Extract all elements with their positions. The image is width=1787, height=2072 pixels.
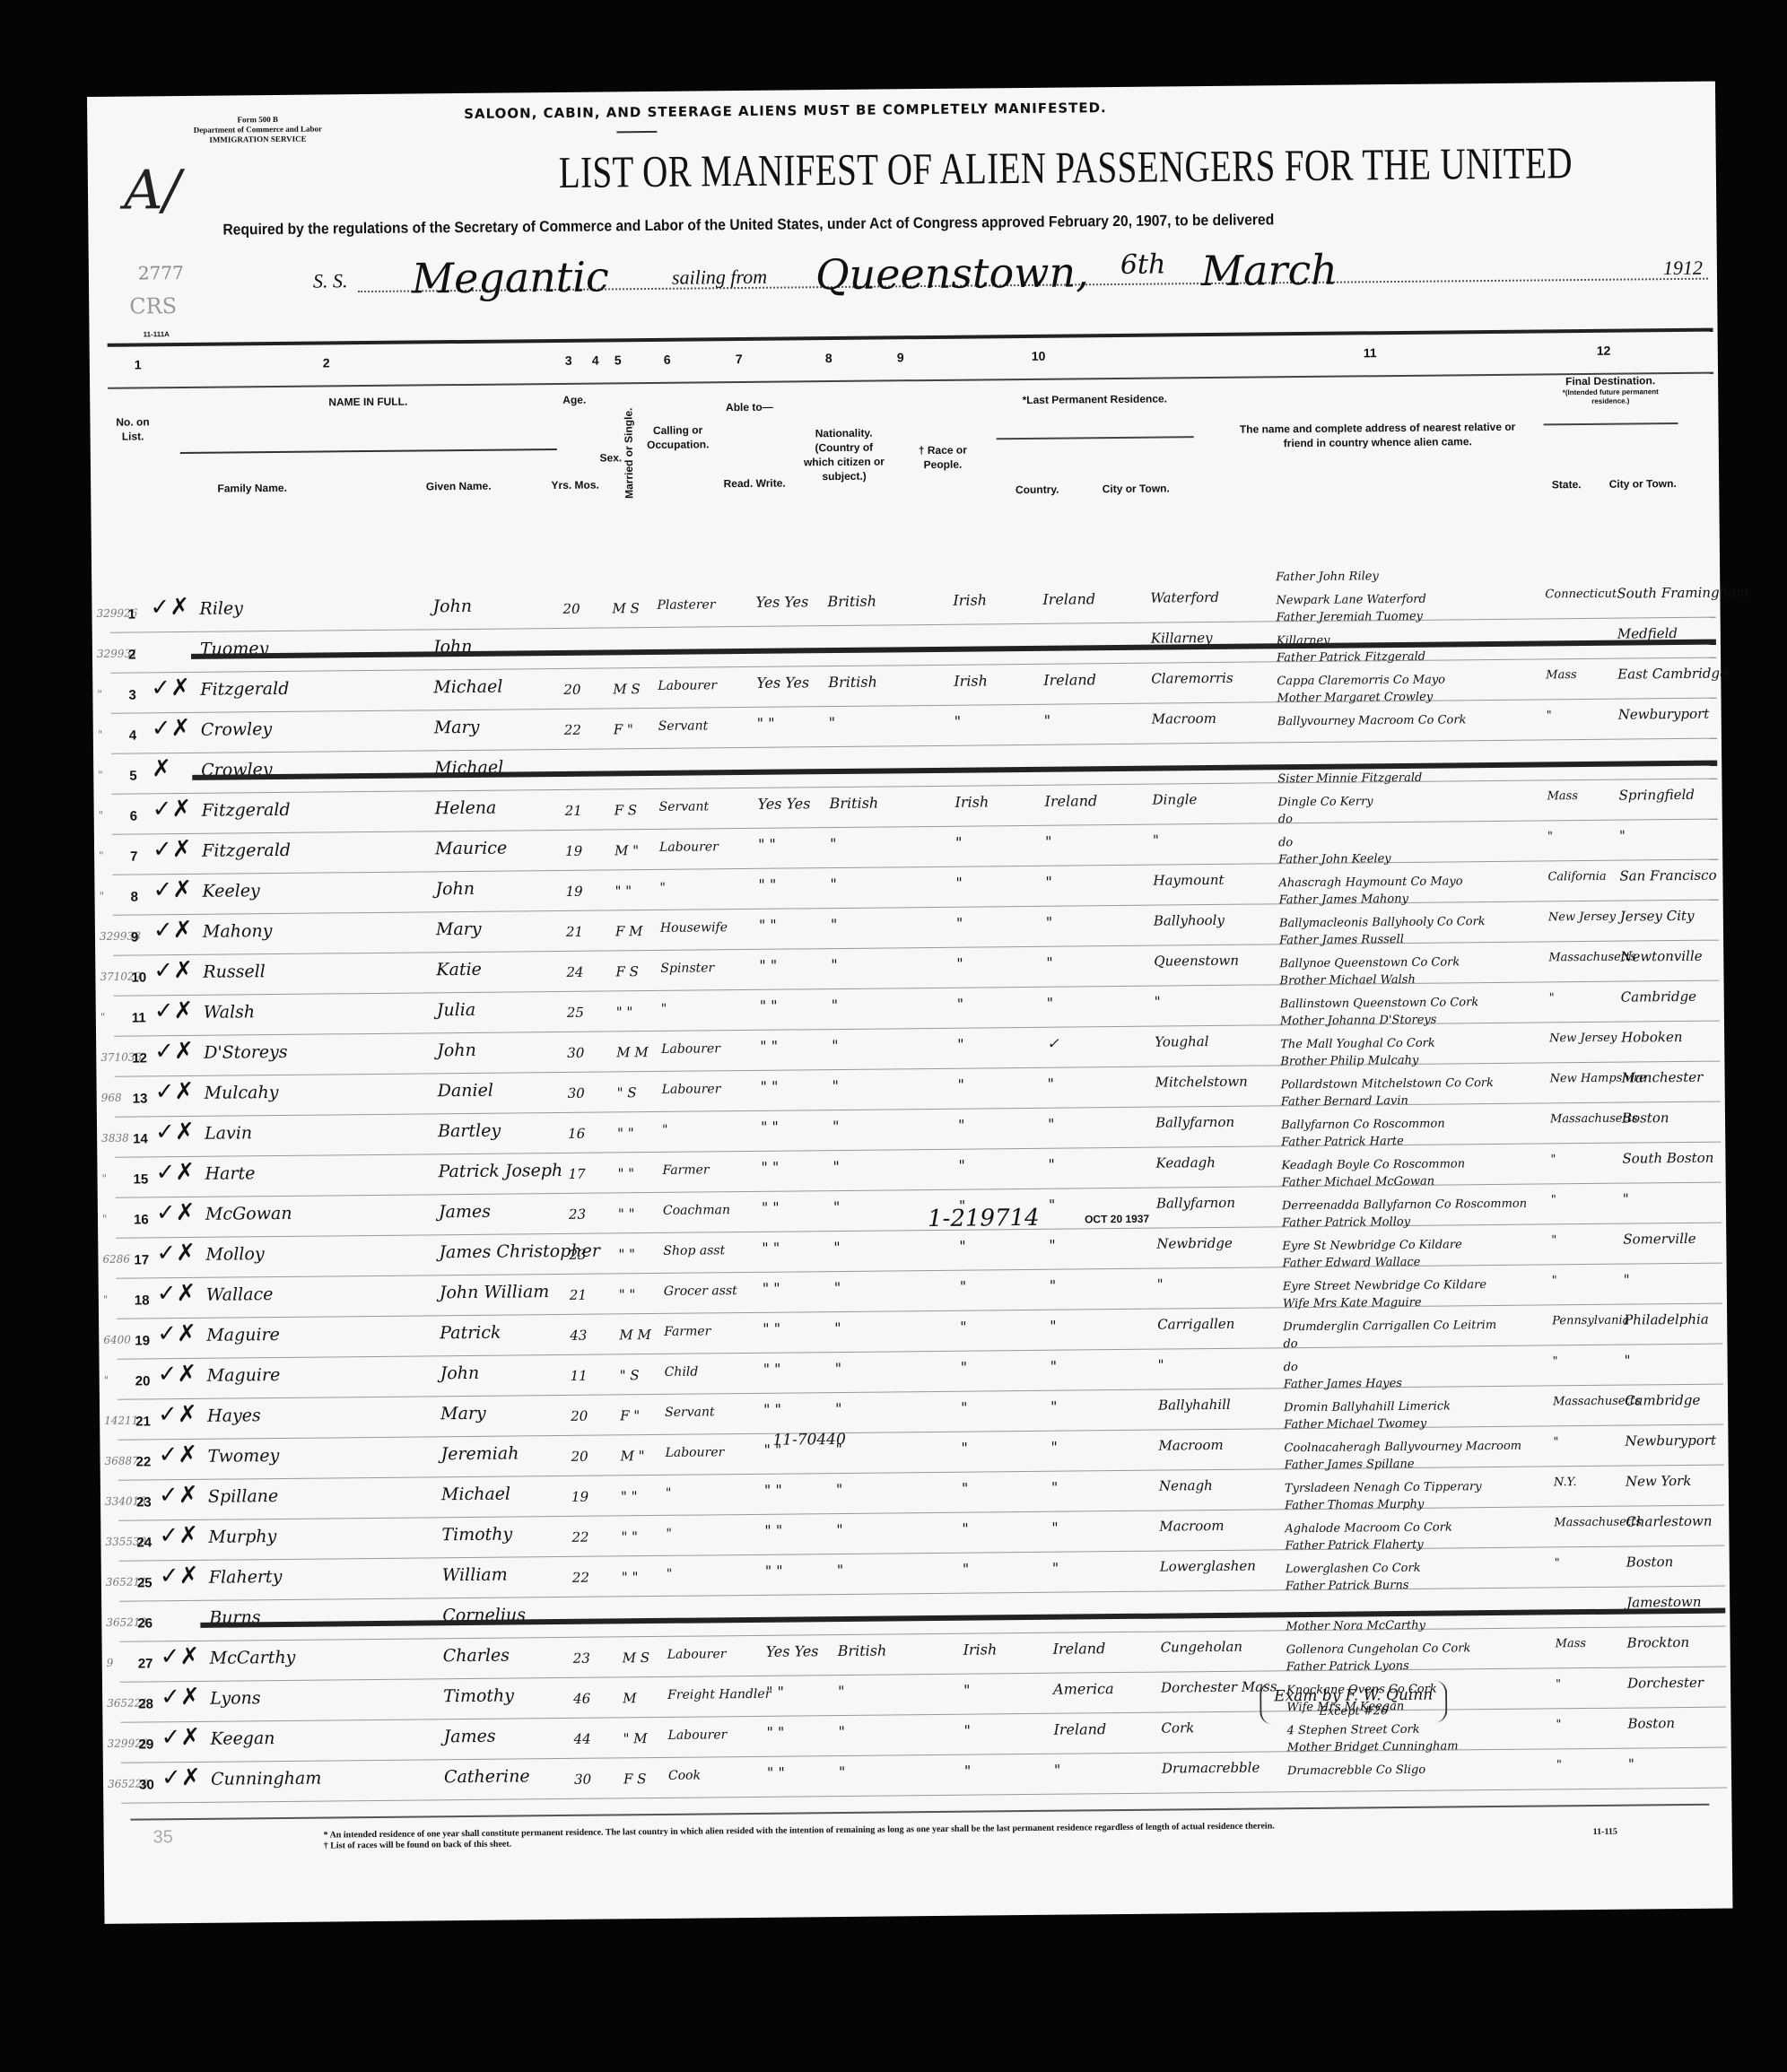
occupation: Labourer <box>662 1082 721 1097</box>
residence-city: " <box>1155 994 1161 1010</box>
destination-state: " <box>1555 1556 1560 1570</box>
regulation-text: Required by the regulations of the Secre… <box>222 211 1274 239</box>
nationality: British <box>830 795 879 813</box>
destination-state: " <box>1556 1758 1562 1772</box>
col-num-1: 1 <box>135 357 142 371</box>
destination-city: Medfield <box>1617 625 1678 642</box>
read-write: " " <box>766 1724 784 1741</box>
residence-city: " <box>1153 832 1159 849</box>
destination-city: " <box>1624 1272 1630 1288</box>
sex-marital: M " <box>620 1448 644 1464</box>
family-name: Keegan <box>210 1728 275 1749</box>
footer-rule <box>130 1804 1709 1821</box>
read-write: " " <box>758 876 776 893</box>
check-mark-icon: ✓✗ <box>154 997 194 1024</box>
residence-country: " <box>1046 954 1053 971</box>
list-number: 18 <box>135 1293 150 1308</box>
age: 22 <box>572 1570 589 1586</box>
sex-marital: F " <box>614 721 633 737</box>
ss-label: S. S. <box>313 269 348 292</box>
sex-marital: " " <box>621 1488 638 1504</box>
residence-city: " <box>1158 1357 1164 1373</box>
relative-name: Wife Mrs Kate Maguire <box>1283 1296 1422 1310</box>
margin-initials: CRS <box>129 293 177 319</box>
family-name: Hayes <box>207 1406 261 1426</box>
age: 21 <box>565 803 582 819</box>
nationality: " <box>831 916 838 933</box>
race: " <box>955 834 963 851</box>
residence-country: America <box>1053 1680 1114 1698</box>
relative-address: Ahascragh Haymount Co Mayo <box>1278 875 1462 890</box>
check-mark-icon: ✓✗ <box>152 796 191 823</box>
nationality: " <box>831 956 838 973</box>
residence-city: Newbridge <box>1156 1235 1233 1252</box>
certificate-number: 1-219714 <box>928 1205 1040 1232</box>
department-name: Department of Commerce and Labor <box>186 124 329 135</box>
relative-name: Father Patrick Burns <box>1286 1579 1409 1593</box>
residence-country: " <box>1048 1116 1055 1133</box>
check-mark-icon: ✓✗ <box>156 1240 196 1267</box>
residence-country: " <box>1051 1519 1059 1537</box>
read-write: " " <box>762 1199 780 1216</box>
destination-city: " <box>1628 1756 1634 1772</box>
family-name: Burns <box>209 1607 260 1628</box>
reference-number: 6286 <box>102 1253 130 1266</box>
family-name: Spillane <box>208 1486 278 1507</box>
sex-marital: F M <box>615 923 643 939</box>
check-mark-icon: ✓✗ <box>156 1199 196 1226</box>
relative-name: Mother Nora McCarthy <box>1286 1619 1425 1633</box>
race: " <box>955 713 962 730</box>
occupation: Child <box>665 1365 699 1380</box>
sex-marital: M S <box>623 1650 650 1666</box>
residence-country: " <box>1054 1762 1061 1779</box>
manifest-page: Form 500 B Department of Commerce and La… <box>87 82 1732 1924</box>
relative-address: Ballyvourney Macroom Co Cork <box>1277 713 1467 728</box>
destination-city: Boston <box>1622 1110 1669 1127</box>
nationality: " <box>832 997 839 1014</box>
sex-marital: " " <box>616 1004 633 1020</box>
residence-city: Killarney <box>1151 630 1213 647</box>
relative-name: Father Patrick Lyons <box>1286 1659 1409 1674</box>
family-name: Murphy <box>208 1527 276 1547</box>
sex-marital: M S <box>613 681 641 697</box>
destination-city: Newburyport <box>1625 1432 1716 1450</box>
destination-city: Boston <box>1627 1715 1675 1732</box>
list-number: 5 <box>129 769 137 784</box>
occupation: Labourer <box>667 1728 727 1743</box>
reference-number: 6400 <box>103 1334 131 1346</box>
age: 19 <box>565 884 582 900</box>
age: 23 <box>569 1206 586 1223</box>
residence-country: " <box>1048 1156 1055 1173</box>
given-name: Timothy <box>443 1686 514 1707</box>
relative-name: Father Edward Wallace <box>1282 1256 1420 1270</box>
family-name: Maguire <box>207 1365 281 1386</box>
sex-marital: M <box>623 1690 637 1706</box>
list-number: 23 <box>136 1494 152 1510</box>
destination-city: Somerville <box>1623 1231 1695 1248</box>
given-name: Catherine <box>444 1766 530 1787</box>
residence-country: " <box>1046 914 1053 931</box>
occupation: Labourer <box>659 840 719 855</box>
read-write: " " <box>766 1684 784 1701</box>
residence-city: Lowerglashen <box>1160 1558 1256 1575</box>
header-yrs-mos: Yrs. Mos. <box>548 478 602 493</box>
reference-number: 968 <box>101 1092 122 1104</box>
read-write: " " <box>767 1764 785 1781</box>
destination-city: Jamestown <box>1626 1594 1701 1611</box>
list-number: 8 <box>130 889 138 904</box>
destination-city: " <box>1625 1353 1631 1369</box>
reference-number: " <box>99 890 104 902</box>
list-number: 28 <box>138 1696 153 1711</box>
given-name: John <box>433 637 473 657</box>
occupation: Housewife <box>660 920 728 936</box>
list-number: 12 <box>132 1050 147 1066</box>
family-name: Flaherty <box>209 1567 283 1588</box>
family-name: Mahony <box>203 921 273 942</box>
header-city-town: City or Town. <box>1086 481 1185 496</box>
race: Irish <box>954 672 988 689</box>
relative-address: Lowerglashen Co Cork <box>1286 1562 1421 1576</box>
given-name: James <box>439 1202 491 1223</box>
relative-address: Eyre Street Newbridge Co Kildare <box>1283 1278 1486 1293</box>
column-number-row: 1 2 3 4 5 6 7 8 9 10 11 12 11-111A <box>108 328 1713 389</box>
check-mark-icon: ✓✗ <box>161 1643 200 1670</box>
occupation: " <box>667 1567 673 1581</box>
header-dest-city: City or Town. <box>1598 476 1687 492</box>
relative-address: Drumacrebble Co Sligo <box>1287 1763 1425 1778</box>
relative-name: Father James Spillane <box>1285 1458 1415 1472</box>
given-name: Jeremiah <box>440 1443 519 1464</box>
page-title: LIST OR MANIFEST OF ALIEN PASSENGERS FOR… <box>559 136 1573 198</box>
relative-address: Newpark Lane Waterford <box>1276 593 1426 608</box>
residence-country: ✓ <box>1047 1035 1059 1052</box>
residence-country: Ireland <box>1043 671 1096 689</box>
residence-country: " <box>1050 1318 1057 1335</box>
read-write: Yes Yes <box>755 593 808 611</box>
age: 16 <box>568 1126 585 1142</box>
name-divider <box>180 448 557 454</box>
page-number: 35 <box>153 1827 173 1848</box>
relative-name: Father John Keeley <box>1278 852 1391 866</box>
check-mark-icon: ✓✗ <box>154 1038 194 1065</box>
destination-state: " <box>1552 1274 1557 1287</box>
header-final-destination: Final Destination. <box>1543 373 1678 388</box>
occupation: Cook <box>668 1769 701 1783</box>
check-mark-icon: ✓✗ <box>158 1361 197 1388</box>
col-num-3: 3 <box>565 353 572 368</box>
list-number: 20 <box>135 1373 151 1389</box>
given-name: Michael <box>434 758 503 779</box>
residence-country: " <box>1049 1197 1056 1214</box>
sex-marital: " S <box>617 1084 637 1101</box>
list-number: 9 <box>131 929 139 945</box>
given-name: Charles <box>443 1646 510 1667</box>
destination-city: San Francisco <box>1619 867 1716 884</box>
sex-marital: M S <box>612 600 640 616</box>
reference-number: " <box>98 769 103 781</box>
service-name: IMMIGRATION SERVICE <box>186 134 329 145</box>
given-name: John William <box>440 1282 550 1302</box>
race: " <box>963 1561 970 1578</box>
race: " <box>962 1520 969 1537</box>
residence-country: " <box>1047 995 1054 1012</box>
age: 21 <box>566 924 583 940</box>
relative-address: Gollenora Cungeholan Co Cork <box>1286 1641 1471 1657</box>
nationality: " <box>835 1400 842 1417</box>
relative-name: Father James Russell <box>1279 933 1404 947</box>
col-num-12: 12 <box>1597 344 1611 358</box>
destination-city: " <box>1619 828 1626 844</box>
family-name: McGowan <box>205 1204 292 1224</box>
reference-number: " <box>102 1172 108 1185</box>
family-name: Mulcahy <box>205 1083 279 1103</box>
destination-city: Brockton <box>1627 1634 1690 1651</box>
family-name: Crowley <box>201 719 273 740</box>
nationality: " <box>838 1723 845 1740</box>
occupation: Farmer <box>664 1324 710 1338</box>
race: " <box>964 1763 972 1780</box>
check-mark-icon: ✓✗ <box>157 1280 196 1307</box>
relative-address: do <box>1278 836 1293 849</box>
occupation: Coachman <box>663 1203 730 1218</box>
relative-name: Father Michael Twomey <box>1284 1417 1426 1432</box>
nationality: " <box>829 714 836 731</box>
header-sex: Sex. <box>597 450 624 465</box>
age: 23 <box>569 1247 586 1263</box>
sex-marital: " " <box>621 1528 638 1545</box>
check-mark-icon: ✓✗ <box>155 1119 195 1145</box>
sex-marital: " " <box>615 883 632 899</box>
destination-city: Manchester <box>1621 1069 1703 1086</box>
given-name: William <box>442 1565 508 1586</box>
residence-country: " <box>1050 1358 1058 1375</box>
relative-address: The Mall Youghal Co Cork <box>1280 1037 1435 1052</box>
list-number: 10 <box>131 970 146 985</box>
departure-port: Queenstown, <box>815 248 1089 299</box>
residence-city: Mitchelstown <box>1155 1074 1248 1091</box>
reference-number: 3838 <box>101 1132 129 1145</box>
check-mark-icon: ✓✗ <box>158 1401 197 1428</box>
check-mark-icon: ✓✗ <box>151 675 190 701</box>
sex-marital: F S <box>615 963 639 979</box>
destination-city: Philadelphia <box>1624 1311 1709 1328</box>
destination-city: Cambridge <box>1625 1392 1700 1409</box>
sex-marital: " " <box>619 1286 636 1302</box>
occupation: Farmer <box>662 1162 709 1177</box>
relative-address: Keadagh Boyle Co Roscommon <box>1281 1157 1465 1172</box>
nationality: British <box>827 593 876 611</box>
race: " <box>958 1076 965 1093</box>
family-name: Wallace <box>206 1284 274 1305</box>
destination-state: " <box>1547 709 1552 722</box>
nationality: British <box>838 1642 887 1660</box>
destination-state: Mass <box>1546 668 1577 682</box>
relative-name: Father Patrick Flaherty <box>1285 1538 1423 1553</box>
header-state: State. <box>1539 477 1593 492</box>
destination-divider <box>1544 422 1678 425</box>
relative-address: Killarney <box>1277 634 1330 649</box>
given-name: Katie <box>436 960 482 979</box>
relative-name: Father Patrick Molloy <box>1282 1215 1410 1230</box>
list-number: 26 <box>137 1615 153 1631</box>
relative-name: Mother Bridget Cunningham <box>1287 1739 1459 1754</box>
list-number: 1 <box>127 607 135 622</box>
nationality: " <box>830 875 837 892</box>
residence-country: " <box>1051 1479 1059 1496</box>
sex-marital: " " <box>618 1206 635 1222</box>
race: " <box>961 1359 968 1376</box>
relative-address: Derreenadda Ballyfarnon Co Roscommon <box>1282 1197 1527 1214</box>
residence-country: " <box>1045 874 1052 891</box>
nationality: " <box>834 1279 841 1296</box>
destination-state: New Jersey <box>1548 910 1616 925</box>
nationality: " <box>835 1360 842 1377</box>
race: " <box>958 1157 965 1174</box>
relative-name: do <box>1278 813 1293 826</box>
occupation: " <box>661 1002 667 1016</box>
reference-number: " <box>99 809 104 822</box>
reference-number: 9 <box>107 1657 114 1669</box>
list-number: 14 <box>133 1131 148 1146</box>
read-write: " " <box>761 1159 779 1176</box>
occupation: " <box>666 1527 672 1541</box>
family-name: Twomey <box>207 1446 279 1467</box>
relative-name: do <box>1283 1337 1297 1351</box>
residence-city: Nenagh <box>1159 1477 1213 1494</box>
check-mark-icon: ✓✗ <box>158 1441 197 1468</box>
destination-city: Boston <box>1626 1554 1674 1571</box>
given-name: John <box>437 1040 476 1060</box>
header-read-write: Read. Write. <box>719 475 790 491</box>
nationality: " <box>832 1158 840 1175</box>
residence-city: Ballyfarnon <box>1156 1195 1235 1212</box>
relative-name: Mother Margaret Crowley <box>1277 691 1433 706</box>
age: 30 <box>574 1772 591 1788</box>
margin-letter: A/ <box>124 159 181 222</box>
relative-name: Brother Philip Mulcahy <box>1280 1054 1418 1068</box>
list-number: 21 <box>135 1414 151 1429</box>
residence-city: Dingle <box>1152 791 1197 807</box>
relative-name: Father Jeremiah Tuomey <box>1277 610 1423 625</box>
check-mark-icon: ✓✗ <box>161 1684 200 1711</box>
certificate-number-2: 11-70440 <box>772 1431 846 1450</box>
manifest-banner: SALOON, CABIN, AND STEERAGE ALIENS MUST … <box>464 100 1107 122</box>
residence-country: " <box>1052 1560 1059 1577</box>
destination-state: Pennsylvania <box>1552 1314 1629 1328</box>
list-number: 7 <box>130 849 138 864</box>
reference-number: " <box>102 1213 108 1225</box>
header-age: Age. <box>552 393 597 407</box>
sheet-code: 11-111A <box>144 330 170 338</box>
family-name: Fitzgerald <box>200 679 289 700</box>
sex-marital: " " <box>622 1569 639 1585</box>
destination-state: " <box>1547 830 1553 843</box>
header-last-residence: *Last Permanent Residence. <box>996 391 1193 407</box>
family-name: Cunningham <box>211 1769 322 1789</box>
age: 19 <box>565 843 582 859</box>
given-name: Patrick <box>440 1323 501 1344</box>
family-name: Lavin <box>205 1123 252 1144</box>
residence-country: Ireland <box>1042 590 1095 608</box>
col-num-5: 5 <box>615 353 622 367</box>
race: " <box>956 955 963 972</box>
age: 17 <box>568 1166 585 1182</box>
residence-city: Macroom <box>1152 710 1216 727</box>
nationality: " <box>832 1118 840 1135</box>
given-name: Timothy <box>441 1525 512 1545</box>
check-mark-icon: ✓✗ <box>157 1320 196 1347</box>
list-number: 16 <box>134 1212 149 1227</box>
relative-name: Father Patrick Harte <box>1281 1135 1404 1149</box>
header-nationality: Nationality. (Country of which citizen o… <box>799 425 890 483</box>
destination-city: East Cambridge <box>1617 665 1728 682</box>
given-name: Patrick Joseph <box>438 1161 562 1181</box>
residence-country: Ireland <box>1053 1640 1106 1658</box>
departure-day: 6th <box>1120 248 1166 280</box>
header-given-name: Given Name. <box>378 478 539 494</box>
read-write: " " <box>763 1401 781 1418</box>
relative-address: Dromin Ballyhahill Limerick <box>1284 1399 1451 1415</box>
check-mark-icon: ✓✗ <box>153 836 192 863</box>
race: Irish <box>955 793 989 810</box>
family-name: Lyons <box>210 1688 261 1709</box>
destination-city: South Boston <box>1622 1150 1713 1167</box>
family-name: Tuomey <box>200 639 269 659</box>
read-write: " " <box>759 917 777 934</box>
footer-code: 11-115 <box>1593 1827 1617 1837</box>
read-write: " " <box>764 1482 782 1499</box>
family-name: Keeley <box>202 881 259 901</box>
header-race: † Race or People. <box>898 442 988 472</box>
read-write: " " <box>760 1038 778 1055</box>
check-mark-icon: ✓✗ <box>161 1724 200 1751</box>
given-name: John <box>440 1363 480 1383</box>
relative-address: Dingle Co Kerry <box>1278 795 1373 809</box>
residence-country: " <box>1050 1398 1058 1415</box>
read-write: " " <box>757 715 775 732</box>
nationality: " <box>830 835 837 852</box>
age: 30 <box>568 1085 585 1101</box>
relative-name: Father Bernard Lavin <box>1281 1094 1408 1109</box>
given-name: Mary <box>440 1404 486 1423</box>
reference-number: " <box>104 1374 109 1387</box>
header-family-name: Family Name. <box>180 480 324 496</box>
read-write: Yes Yes <box>756 674 809 692</box>
family-name: McCarthy <box>210 1648 296 1668</box>
check-mark-icon: ✓✗ <box>159 1482 198 1509</box>
check-mark-icon: ✓✗ <box>153 957 193 984</box>
header-nearest-relative: The name and complete address of nearest… <box>1230 420 1526 451</box>
sex-marital: M M <box>619 1327 651 1343</box>
given-name: Helena <box>435 798 497 819</box>
race: " <box>963 1682 971 1699</box>
nationality: " <box>836 1481 843 1498</box>
destination-city: " <box>1623 1191 1629 1207</box>
race: " <box>956 915 963 932</box>
residence-city: Ballyhahill <box>1158 1397 1231 1414</box>
check-mark-icon: ✓✗ <box>161 1764 201 1791</box>
check-mark-icon: ✓✗ <box>155 1078 195 1105</box>
nationality: " <box>832 1037 839 1054</box>
list-number: 3 <box>128 688 136 703</box>
residence-country: " <box>1045 833 1052 850</box>
relative-name: Father John Riley <box>1276 570 1379 584</box>
occupation: Servant <box>659 799 710 814</box>
occupation: Labourer <box>667 1647 727 1662</box>
